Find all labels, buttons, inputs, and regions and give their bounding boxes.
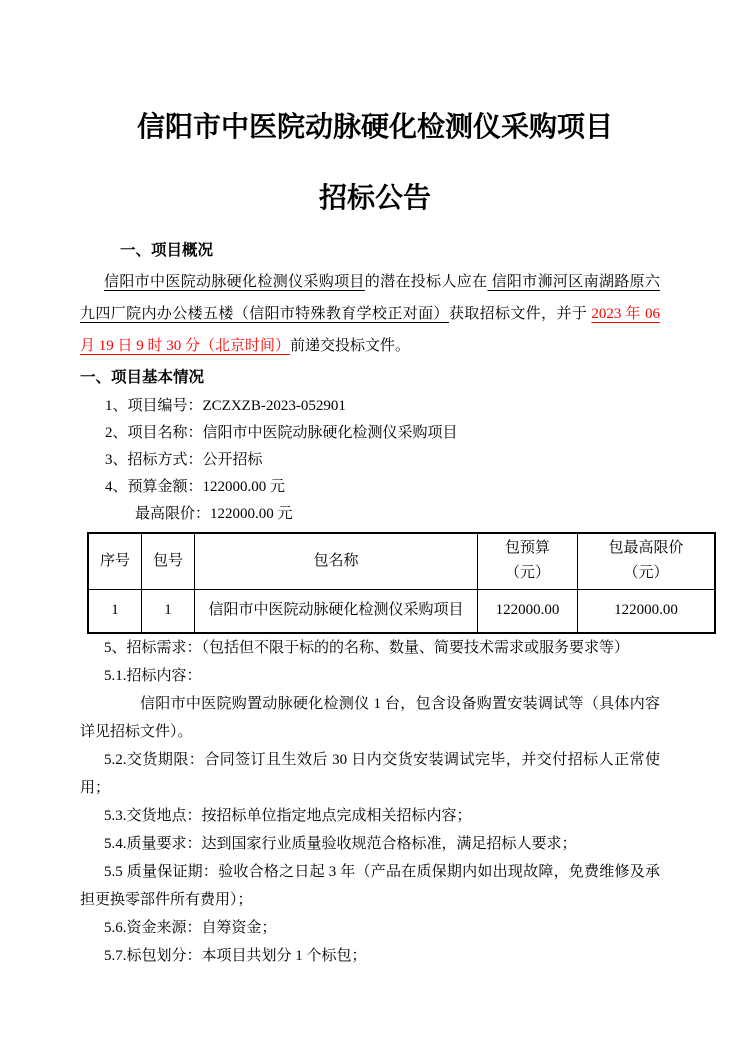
basic-info-item-max-price: 最高限价：122000.00 元	[135, 501, 660, 528]
requirement-delivery-term: 5.2.交货期限：合同签订且生效后 30 日内交货安装调试完毕，并交付招标人正常…	[80, 746, 660, 802]
overview-paragraph: 信阳市中医院动脉硬化检测仪采购项目的潜在投标人应在 信阳市浉河区南湖路原六九四厂…	[80, 266, 660, 362]
basic-info-list: 1、项目编号：ZCZXZB-2023-052901 2、项目名称：信阳市中医院动…	[105, 393, 660, 528]
requirement-content-label: 5.1.招标内容：	[80, 662, 660, 690]
requirement-delivery-place: 5.3.交货地点：按招标单位指定地点完成相关招标内容；	[80, 802, 660, 830]
overview-text-2: 获取招标文件，并于	[449, 306, 591, 322]
document-subtitle: 招标公告	[0, 179, 750, 219]
table-cell-package-budget: 122000.00	[478, 589, 578, 633]
requirement-packages: 5.7.标包划分：本项目共划分 1 个标包；	[80, 942, 660, 970]
table-header-package-name: 包名称	[195, 533, 478, 589]
package-table-row: 1 1 信阳市中医院动脉硬化检测仪采购项目 122000.00 122000.0…	[88, 589, 715, 633]
basic-info-item-bid-method: 3、招标方式：公开招标	[105, 447, 660, 474]
package-table-header-row: 序号 包号 包名称 包预算 （元） 包最高限价 （元）	[88, 533, 715, 589]
basic-info-item-project-number: 1、项目编号：ZCZXZB-2023-052901	[105, 393, 660, 420]
section-heading-overview: 一、项目概况	[80, 235, 660, 266]
requirement-funding: 5.6.资金来源：自筹资金；	[80, 914, 660, 942]
overview-text-3: 前递交投标文件。	[290, 338, 410, 354]
document-title: 信阳市中医院动脉硬化检测仪采购项目	[0, 108, 750, 148]
requirement-content-detail: 信阳市中医院购置动脉硬化检测仪 1 台，包含设备购置安装调试等（具体内容详见招标…	[80, 690, 660, 746]
table-cell-package-name: 信阳市中医院动脉硬化检测仪采购项目	[195, 589, 478, 633]
table-header-seq: 序号	[88, 533, 142, 589]
requirement-quality: 5.4.质量要求：达到国家行业质量验收规范合格标准，满足招标人要求；	[80, 830, 660, 858]
overview-text-1: 的潜在投标人应在	[365, 274, 488, 290]
table-header-package-budget: 包预算 （元）	[478, 533, 578, 589]
document-body: 一、项目概况 信阳市中医院动脉硬化检测仪采购项目的潜在投标人应在 信阳市浉河区南…	[80, 235, 660, 970]
section-heading-basic-info: 一、项目基本情况	[80, 362, 660, 393]
table-header-package-max-price: 包最高限价 （元）	[578, 533, 716, 589]
document-page: 信阳市中医院动脉硬化检测仪采购项目 招标公告 一、项目概况 信阳市中医院动脉硬化…	[0, 0, 750, 970]
table-cell-seq: 1	[88, 589, 142, 633]
table-cell-package-no: 1	[142, 589, 195, 633]
basic-info-item-budget: 4、预算金额：122000.00 元	[105, 474, 660, 501]
overview-project-name: 信阳市中医院动脉硬化检测仪采购项目	[104, 274, 365, 290]
requirement-heading: 5、招标需求：（包括但不限于标的的名称、数量、简要技术需求或服务要求等）	[80, 634, 660, 662]
basic-info-item-project-name: 2、项目名称：信阳市中医院动脉硬化检测仪采购项目	[105, 420, 660, 447]
requirement-warranty: 5.5 质量保证期：验收合格之日起 3 年（产品在质保期内如出现故障，免费维修及…	[80, 858, 660, 914]
package-table: 序号 包号 包名称 包预算 （元） 包最高限价 （元） 1 1 信阳市中医院动脉…	[87, 532, 716, 634]
table-header-package-no: 包号	[142, 533, 195, 589]
table-cell-package-max-price: 122000.00	[578, 589, 716, 633]
